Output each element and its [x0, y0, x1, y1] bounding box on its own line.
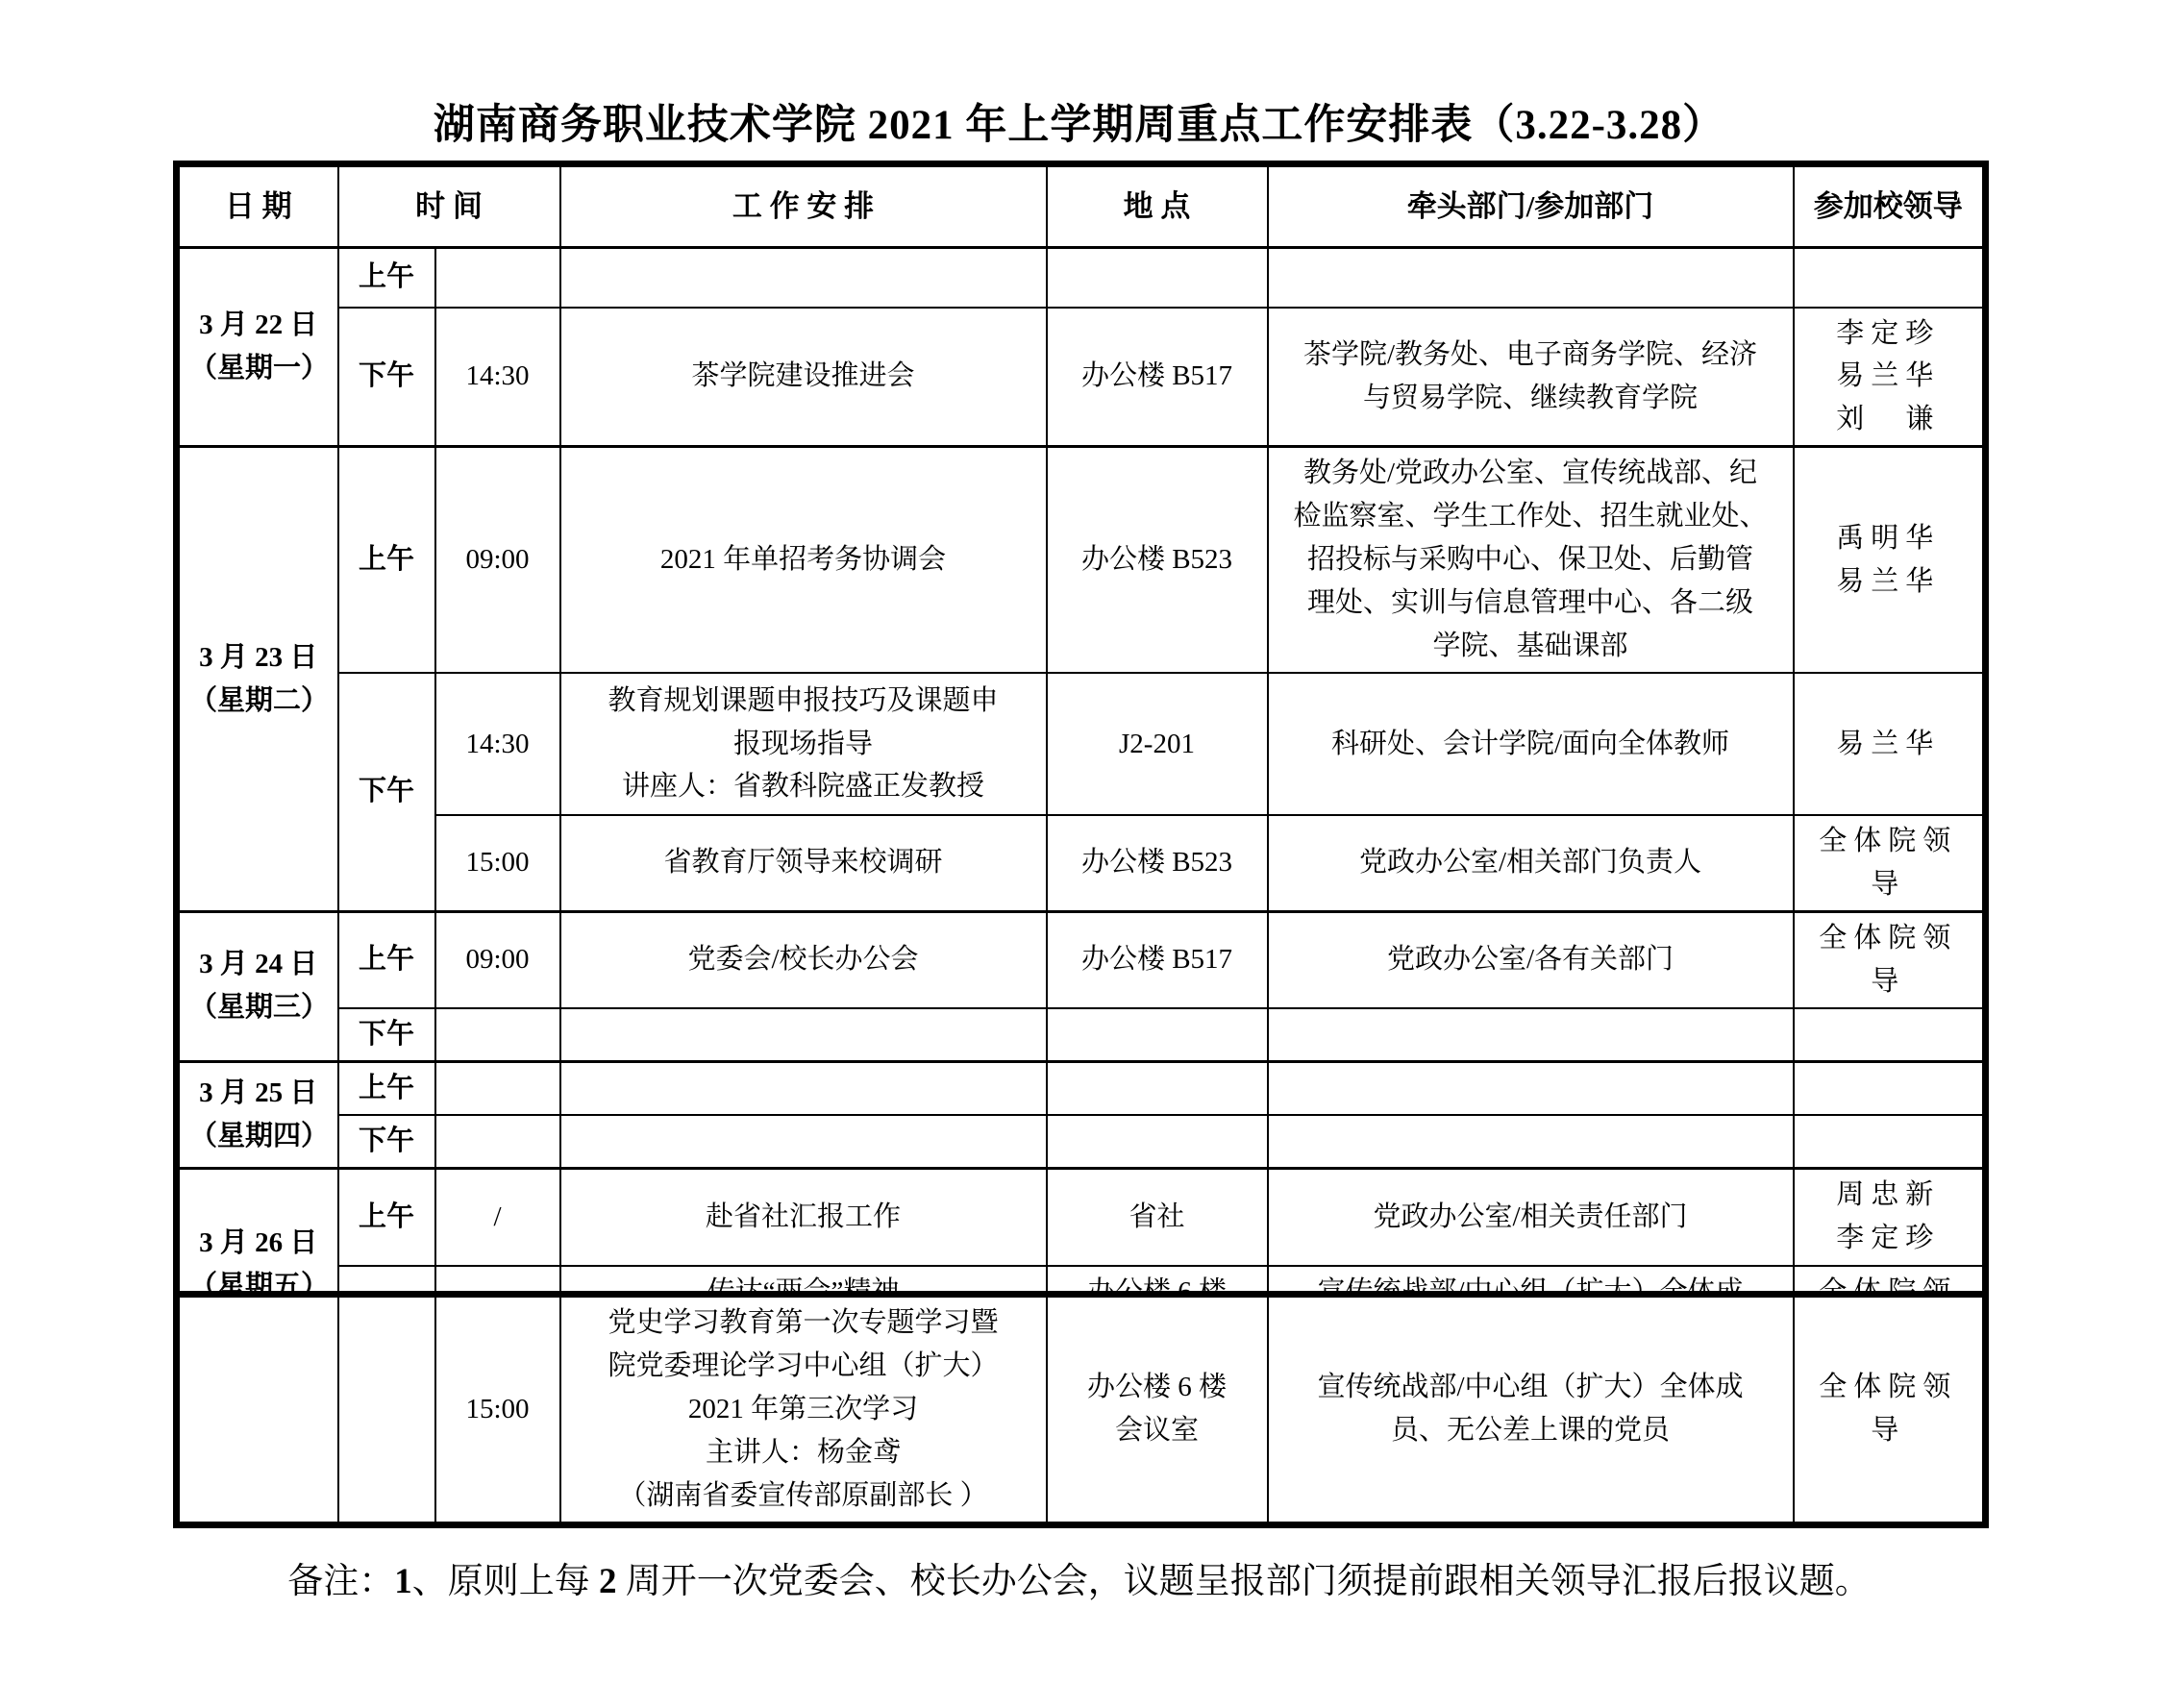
work-cell-mar23-pm2: 省教育厅领导来校调研: [560, 815, 1047, 911]
leaders-cell-mar25-pm: [1794, 1115, 1986, 1168]
time-cell-mar22-pm: 14:30: [435, 308, 560, 447]
place-cell-extra: 办公楼 6 楼 会议室: [1047, 1295, 1268, 1525]
table-row: 下午: [177, 1008, 1986, 1061]
dept-cell-mar25-am: [1268, 1061, 1794, 1114]
table-row: 下午: [177, 1115, 1986, 1168]
header-work: 工 作 安 排: [560, 164, 1047, 248]
place-cell-mar24-am: 办公楼 B517: [1047, 911, 1268, 1007]
table-row: 下午 14:30 茶学院建设推进会 办公楼 B517 茶学院/教务处、电子商务学…: [177, 308, 1986, 447]
note-segment-2: 周开一次党委会、校长办公会，议题呈报部门须提前跟相关领导汇报后报议题。: [617, 1562, 1871, 1601]
dept-cell-mar22-pm: 茶学院/教务处、电子商务学院、经济 与贸易学院、继续教育学院: [1268, 308, 1794, 447]
ampm-cell-mar23-pm: 下午: [338, 673, 435, 911]
dept-cell-mar23-am: 教务处/党政办公室、宣传统战部、纪 检监察室、学生工作处、招生就业处、 招投标与…: [1268, 447, 1794, 673]
work-cell-mar24-am: 党委会/校长办公会: [560, 911, 1047, 1007]
ampm-cell-mar24-am: 上午: [338, 911, 435, 1007]
table-row: 3 月 22 日 （星期一） 上午: [177, 248, 1986, 308]
ampm-cell-mar26-am: 上午: [338, 1168, 435, 1266]
document-page: 湖南商务职业技术学院 2021 年上学期周重点工作安排表（3.22-3.28） …: [0, 0, 2158, 1708]
dept-cell-mar25-pm: [1268, 1115, 1794, 1168]
header-date: 日 期: [177, 164, 338, 248]
place-cell-mar24-pm: [1047, 1008, 1268, 1061]
time-cell-mar23-pm2: 15:00: [435, 815, 560, 911]
time-cell-mar23-am: 09:00: [435, 447, 560, 673]
header-place: 地 点: [1047, 164, 1268, 248]
dept-cell-mar22-am: [1268, 248, 1794, 308]
dept-cell-mar23-pm2: 党政办公室/相关部门负责人: [1268, 815, 1794, 911]
leaders-cell-mar24-pm: [1794, 1008, 1986, 1061]
extra-schedule-table: 15:00 党史学习教育第一次专题学习暨 院党委理论学习中心组（扩大） 2021…: [173, 1291, 1989, 1528]
time-cell-mar25-pm: [435, 1115, 560, 1168]
time-cell-mar25-am: [435, 1061, 560, 1114]
note-segment-1: 、原则上每: [412, 1562, 599, 1601]
time-cell-mar24-am: 09:00: [435, 911, 560, 1007]
table-row: 3 月 25 日 （星期四） 上午: [177, 1061, 1986, 1114]
leaders-cell-mar25-am: [1794, 1061, 1986, 1114]
dept-cell-extra: 宣传统战部/中心组（扩大）全体成 员、无公差上课的党员: [1268, 1295, 1794, 1525]
place-cell-mar23-pm2: 办公楼 B523: [1047, 815, 1268, 911]
place-cell-mar23-pm1: J2-201: [1047, 673, 1268, 815]
dept-cell-mar24-pm: [1268, 1008, 1794, 1061]
work-cell-mar23-am: 2021 年单招考务协调会: [560, 447, 1047, 673]
note-number-2: 2: [599, 1562, 617, 1601]
ampm-cell-extra: [338, 1295, 435, 1525]
page-title: 湖南商务职业技术学院 2021 年上学期周重点工作安排表（3.22-3.28）: [0, 92, 2158, 151]
date-cell-mar24: 3 月 24 日 （星期三）: [177, 911, 338, 1061]
place-cell-mar26-am: 省社: [1047, 1168, 1268, 1266]
header-time: 时 间: [338, 164, 560, 248]
ampm-cell-mar25-am: 上午: [338, 1061, 435, 1114]
place-cell-mar25-am: [1047, 1061, 1268, 1114]
time-cell-mar24-pm: [435, 1008, 560, 1061]
date-cell-mar23: 3 月 23 日 （星期二）: [177, 447, 338, 912]
work-cell-mar24-pm: [560, 1008, 1047, 1061]
work-cell-mar23-pm1: 教育规划课题申报技巧及课题申 报现场指导 讲座人：省教科院盛正发教授: [560, 673, 1047, 815]
dept-cell-mar26-am: 党政办公室/相关责任部门: [1268, 1168, 1794, 1266]
header-leaders: 参加校领导: [1794, 164, 1986, 248]
main-schedule-table: 日 期 时 间 工 作 安 排 地 点 牵头部门/参加部门 参加校领导 3 月 …: [173, 161, 1989, 1368]
note-label: 备注：: [287, 1562, 394, 1601]
leaders-cell-mar22-am: [1794, 248, 1986, 308]
date-cell-mar22: 3 月 22 日 （星期一）: [177, 248, 338, 447]
leaders-cell-mar22-pm: 李定珍 易兰华 刘 谦: [1794, 308, 1986, 447]
dept-cell-mar23-pm1: 科研处、会计学院/面向全体教师: [1268, 673, 1794, 815]
note-number-1: 1: [394, 1562, 412, 1601]
time-cell-mar23-pm1: 14:30: [435, 673, 560, 815]
place-cell-mar22-am: [1047, 248, 1268, 308]
leaders-cell-extra: 全体院领导: [1794, 1295, 1986, 1525]
time-cell-extra: 15:00: [435, 1295, 560, 1525]
work-cell-mar26-am: 赴省社汇报工作: [560, 1168, 1047, 1266]
leaders-cell-mar23-pm2: 全体院领导: [1794, 815, 1986, 911]
date-cell-mar25: 3 月 25 日 （星期四）: [177, 1061, 338, 1168]
table-row: 15:00 省教育厅领导来校调研 办公楼 B523 党政办公室/相关部门负责人 …: [177, 815, 1986, 911]
table-row: 3 月 26 日 （星期五） 上午 / 赴省社汇报工作 省社 党政办公室/相关责…: [177, 1168, 1986, 1266]
table-row: 3 月 23 日 （星期二） 上午 09:00 2021 年单招考务协调会 办公…: [177, 447, 1986, 673]
ampm-cell-mar22-pm: 下午: [338, 308, 435, 447]
place-cell-mar22-pm: 办公楼 B517: [1047, 308, 1268, 447]
table-row: 3 月 24 日 （星期三） 上午 09:00 党委会/校长办公会 办公楼 B5…: [177, 911, 1986, 1007]
time-cell-mar22-am: [435, 248, 560, 308]
place-cell-mar23-am: 办公楼 B523: [1047, 447, 1268, 673]
table-row: 15:00 党史学习教育第一次专题学习暨 院党委理论学习中心组（扩大） 2021…: [177, 1295, 1986, 1525]
table-row: 下午 14:30 教育规划课题申报技巧及课题申 报现场指导 讲座人：省教科院盛正…: [177, 673, 1986, 815]
work-cell-mar22-am: [560, 248, 1047, 308]
work-cell-mar25-am: [560, 1061, 1047, 1114]
header-dept: 牵头部门/参加部门: [1268, 164, 1794, 248]
ampm-cell-mar22-am: 上午: [338, 248, 435, 308]
leaders-cell-mar24-am: 全体院领导: [1794, 911, 1986, 1007]
dept-cell-mar24-am: 党政办公室/各有关部门: [1268, 911, 1794, 1007]
date-cell-extra: [177, 1295, 338, 1525]
work-cell-mar22-pm: 茶学院建设推进会: [560, 308, 1047, 447]
footer-note: 备注：1、原则上每 2 周开一次党委会、校长办公会，议题呈报部门须提前跟相关领导…: [0, 1551, 2158, 1603]
place-cell-mar25-pm: [1047, 1115, 1268, 1168]
ampm-cell-mar23-am: 上午: [338, 447, 435, 673]
leaders-cell-mar23-am: 禹明华 易兰华: [1794, 447, 1986, 673]
time-cell-mar26-am: /: [435, 1168, 560, 1266]
table-header-row: 日 期 时 间 工 作 安 排 地 点 牵头部门/参加部门 参加校领导: [177, 164, 1986, 248]
work-cell-extra: 党史学习教育第一次专题学习暨 院党委理论学习中心组（扩大） 2021 年第三次学…: [560, 1295, 1047, 1525]
work-cell-mar25-pm: [560, 1115, 1047, 1168]
ampm-cell-mar25-pm: 下午: [338, 1115, 435, 1168]
leaders-cell-mar26-am: 周忠新 李定珍: [1794, 1168, 1986, 1266]
ampm-cell-mar24-pm: 下午: [338, 1008, 435, 1061]
leaders-cell-mar23-pm1: 易兰华: [1794, 673, 1986, 815]
